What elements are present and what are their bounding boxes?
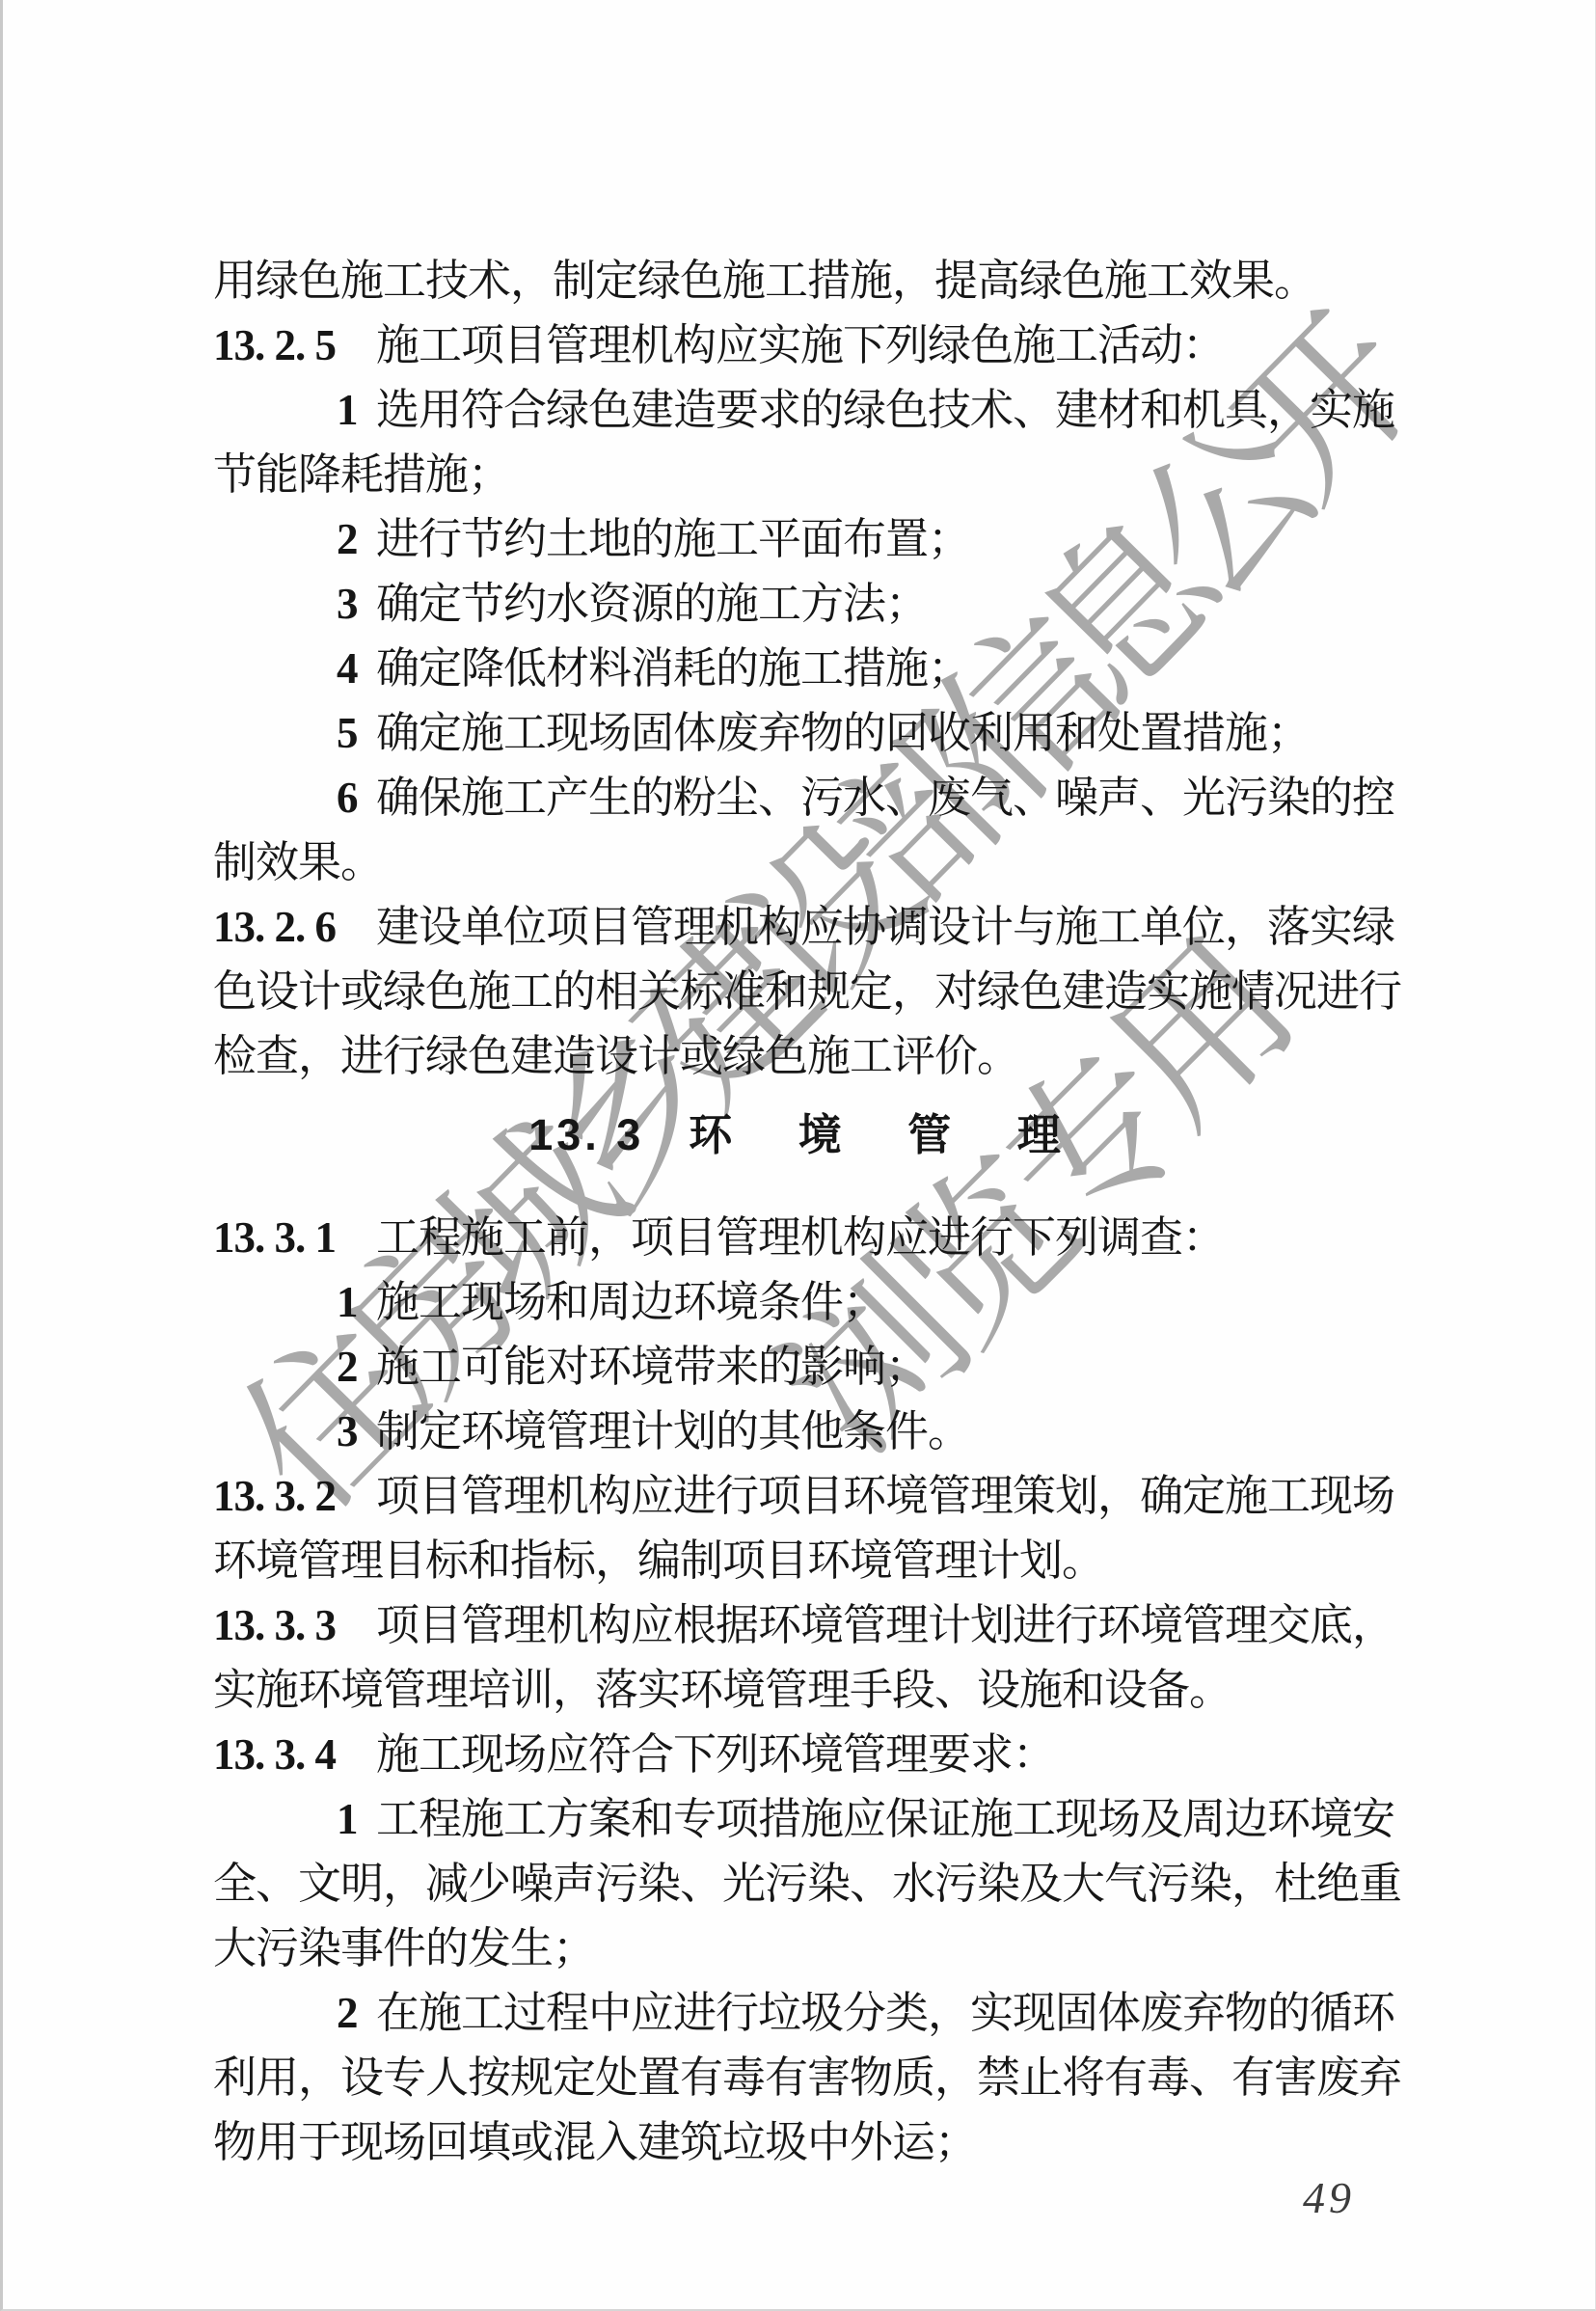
line-text: 确定施工现场固体废弃物的回收利用和处置措施； (376, 709, 1310, 757)
item-line: 2进行节约土地的施工平面布置； (213, 507, 1401, 572)
line-text: 工程施工前，项目管理机构应进行下列调查： (376, 1213, 1225, 1262)
line-text: 环境管理目标和指标，编制项目环境管理计划。 (213, 1536, 1104, 1585)
item-number: 2 (337, 1981, 376, 2046)
clause-line: 13. 3. 1工程施工前，项目管理机构应进行下列调查： (213, 1206, 1401, 1270)
item-number: 1 (337, 1787, 376, 1852)
line-text: 施工可能对环境带来的影响； (376, 1343, 928, 1391)
page-number: 49 (1303, 2172, 1355, 2223)
item-number: 6 (337, 766, 376, 830)
item-number: 3 (337, 1400, 376, 1464)
heading-title: 环 境 管 理 (689, 1110, 1086, 1159)
text-line: 检查，进行绿色建造设计或绿色施工评价。 (213, 1024, 1401, 1089)
clause-number: 13. 3. 4 (213, 1723, 376, 1787)
text-line: 制效果。 (213, 830, 1401, 895)
line-text: 色设计或绿色施工的相关标准和规定，对绿色建造实施情况进行 (213, 967, 1401, 1016)
item-line: 6确保施工产生的粉尘、污水、废气、噪声、光污染的控 (213, 766, 1401, 830)
item-number: 1 (337, 378, 376, 443)
item-line: 5确定施工现场固体废弃物的回收利用和处置措施； (213, 701, 1401, 766)
item-line: 1工程施工方案和专项措施应保证施工现场及周边环境安 (213, 1787, 1401, 1852)
text-line: 节能降耗措施； (213, 443, 1401, 507)
item-number: 4 (337, 637, 376, 701)
line-text: 项目管理机构应进行项目环境管理策划，确定施工现场 (376, 1472, 1394, 1520)
clause-line: 13. 3. 2项目管理机构应进行项目环境管理策划，确定施工现场 (213, 1464, 1401, 1529)
text-line: 物用于现场回填或混入建筑垃圾中外运； (213, 2110, 1401, 2175)
line-text: 进行节约土地的施工平面布置； (376, 515, 970, 563)
line-text: 工程施工方案和专项措施应保证施工现场及周边环境安 (376, 1795, 1394, 1843)
item-number: 5 (337, 701, 376, 766)
item-line: 1施工现场和周边环境条件； (213, 1270, 1401, 1335)
text-line: 环境管理目标和指标，编制项目环境管理计划。 (213, 1529, 1401, 1593)
line-text: 确定降低材料消耗的施工措施； (376, 644, 970, 693)
item-number: 2 (337, 1335, 376, 1400)
line-text: 施工现场应符合下列环境管理要求： (376, 1730, 1055, 1779)
line-text: 实施环境管理培训，落实环境管理手段、设施和设备。 (213, 1666, 1231, 1714)
line-text: 检查，进行绿色建造设计或绿色施工评价。 (213, 1032, 1019, 1080)
line-text: 项目管理机构应根据环境管理计划进行环境管理交底， (376, 1601, 1394, 1649)
item-line: 3制定环境管理计划的其他条件。 (213, 1400, 1401, 1464)
line-text: 制定环境管理计划的其他条件。 (376, 1407, 970, 1455)
line-text: 施工现场和周边环境条件； (376, 1278, 885, 1326)
clause-number: 13. 3. 1 (213, 1206, 376, 1270)
clause-number: 13. 3. 3 (213, 1593, 376, 1658)
line-text: 在施工过程中应进行垃圾分类，实现固体废弃物的循环 (376, 1989, 1394, 2037)
item-line: 2在施工过程中应进行垃圾分类，实现固体废弃物的循环 (213, 1981, 1401, 2046)
line-text: 用绿色施工技术，制定绿色施工措施，提高绿色施工效果。 (213, 257, 1316, 305)
item-line: 3确定节约水资源的施工方法； (213, 572, 1401, 637)
line-text: 建设单位项目管理机构应协调设计与施工单位，落实绿 (376, 903, 1394, 951)
clause-number: 13. 2. 6 (213, 895, 376, 960)
document-page: 住房城乡建设部信息公开 浏览专用 用绿色施工技术，制定绿色施工措施，提高绿色施工… (0, 0, 1596, 2311)
text-block: 用绿色施工技术，制定绿色施工措施，提高绿色施工效果。13. 2. 5施工项目管理… (213, 249, 1401, 2175)
text-line: 全、文明，减少噪声污染、光污染、水污染及大气污染，杜绝重 (213, 1852, 1401, 1917)
clause-line: 13. 3. 3项目管理机构应根据环境管理计划进行环境管理交底， (213, 1593, 1401, 1658)
text-line: 实施环境管理培训，落实环境管理手段、设施和设备。 (213, 1658, 1401, 1723)
line-text: 确定节约水资源的施工方法； (376, 580, 928, 628)
item-line: 4确定降低材料消耗的施工措施； (213, 637, 1401, 701)
item-number: 3 (337, 572, 376, 637)
item-line: 1选用符合绿色建造要求的绿色技术、建材和机具，实施 (213, 378, 1401, 443)
line-text: 节能降耗措施； (213, 450, 510, 499)
item-line: 2施工可能对环境带来的影响； (213, 1335, 1401, 1400)
heading-number: 13. 3 (528, 1102, 644, 1167)
text-line: 色设计或绿色施工的相关标准和规定，对绿色建造实施情况进行 (213, 960, 1401, 1024)
line-text: 制效果。 (213, 838, 383, 886)
line-text: 施工项目管理机构应实施下列绿色施工活动： (376, 321, 1225, 369)
clause-line: 13. 3. 4施工现场应符合下列环境管理要求： (213, 1723, 1401, 1787)
item-number: 1 (337, 1270, 376, 1335)
text-line: 大污染事件的发生； (213, 1917, 1401, 1981)
clause-line: 13. 2. 6建设单位项目管理机构应协调设计与施工单位，落实绿 (213, 895, 1401, 960)
line-text: 全、文明，减少噪声污染、光污染、水污染及大气污染，杜绝重 (213, 1860, 1401, 1908)
line-text: 选用符合绿色建造要求的绿色技术、建材和机具，实施 (376, 386, 1394, 434)
clause-number: 13. 3. 2 (213, 1464, 376, 1529)
section-heading: 13. 3环 境 管 理 (213, 1102, 1401, 1167)
line-text: 确保施工产生的粉尘、污水、废气、噪声、光污染的控 (376, 774, 1394, 822)
clause-number: 13. 2. 5 (213, 313, 376, 378)
text-line: 用绿色施工技术，制定绿色施工措施，提高绿色施工效果。 (213, 249, 1401, 313)
text-line: 利用，设专人按规定处置有毒有害物质，禁止将有毒、有害废弃 (213, 2046, 1401, 2110)
item-number: 2 (337, 507, 376, 572)
line-text: 物用于现场回填或混入建筑垃圾中外运； (213, 2118, 977, 2166)
line-text: 大污染事件的发生； (213, 1924, 595, 1972)
line-text: 利用，设专人按规定处置有毒有害物质，禁止将有毒、有害废弃 (213, 2053, 1401, 2102)
clause-line: 13. 2. 5施工项目管理机构应实施下列绿色施工活动： (213, 313, 1401, 378)
